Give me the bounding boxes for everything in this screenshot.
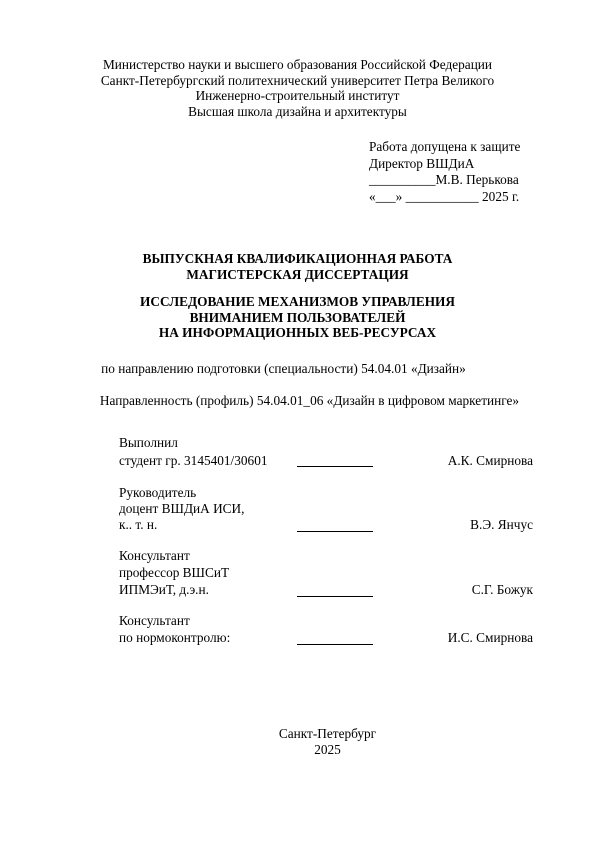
study-direction: по направлению подготовки (специальности… — [0, 361, 581, 377]
approval-director-title: Директор ВШДиА — [369, 156, 520, 173]
work-type: ВЫПУСКНАЯ КВАЛИФИКАЦИОННАЯ РАБОТА МАГИСТ… — [0, 251, 595, 282]
institute-line: Инженерно-строительный институт — [0, 88, 595, 104]
study-profile: Направленность (профиль) 54.04.01_06 «Ди… — [12, 393, 595, 409]
approval-status: Работа допущена к защите — [369, 139, 520, 156]
signature-line — [297, 596, 373, 597]
footer-year: 2025 — [30, 742, 595, 758]
signature-role: Консультант — [119, 613, 190, 629]
signature-role: ИПМЭиТ, д.э.н. — [119, 582, 209, 598]
institution-header: Министерство науки и высшего образования… — [0, 57, 595, 119]
signature-line — [297, 466, 373, 467]
signature-role: Руководитель — [119, 485, 196, 501]
approval-date: «___» ___________ 2025 г. — [369, 189, 520, 206]
signature-role: студент гр. 3145401/30601 — [119, 453, 268, 469]
signature-role: к.. т. н. — [119, 517, 157, 533]
signature-name: В.Э. Янчус — [470, 517, 533, 533]
thesis-title-line-2: ВНИМАНИЕМ ПОЛЬЗОВАТЕЛЕЙ — [0, 310, 595, 326]
school-line: Высшая школа дизайна и архитектуры — [0, 104, 595, 120]
signature-role: Консультант — [119, 548, 190, 564]
work-type-line-2: МАГИСТЕРСКАЯ ДИССЕРТАЦИЯ — [0, 267, 595, 283]
signature-role: профессор ВШСиТ — [119, 565, 229, 581]
signature-role: Выполнил — [119, 435, 178, 451]
approval-director-signature: __________М.В. Перькова — [369, 172, 520, 189]
work-type-line-1: ВЫПУСКНАЯ КВАЛИФИКАЦИОННАЯ РАБОТА — [0, 251, 595, 267]
approval-block: Работа допущена к защите Директор ВШДиА … — [369, 139, 520, 205]
thesis-title-line-1: ИССЛЕДОВАНИЕ МЕХАНИЗМОВ УПРАВЛЕНИЯ — [0, 294, 595, 310]
signature-line — [297, 644, 373, 645]
signature-role: доцент ВШДиА ИСИ, — [119, 501, 244, 517]
footer: Санкт-Петербург 2025 — [30, 726, 595, 757]
signature-name: И.С. Смирнова — [448, 630, 533, 646]
university-line: Санкт-Петербургский политехнический унив… — [0, 73, 595, 89]
signature-name: С.Г. Божук — [472, 582, 533, 598]
footer-city: Санкт-Петербург — [30, 726, 595, 742]
signature-line — [297, 531, 373, 532]
thesis-title-line-3: НА ИНФОРМАЦИОННЫХ ВЕБ-РЕСУРСАХ — [0, 325, 595, 341]
ministry-line: Министерство науки и высшего образования… — [0, 57, 595, 73]
signature-role: по нормоконтролю: — [119, 630, 230, 646]
signature-name: А.К. Смирнова — [448, 453, 533, 469]
thesis-title: ИССЛЕДОВАНИЕ МЕХАНИЗМОВ УПРАВЛЕНИЯ ВНИМА… — [0, 294, 595, 341]
